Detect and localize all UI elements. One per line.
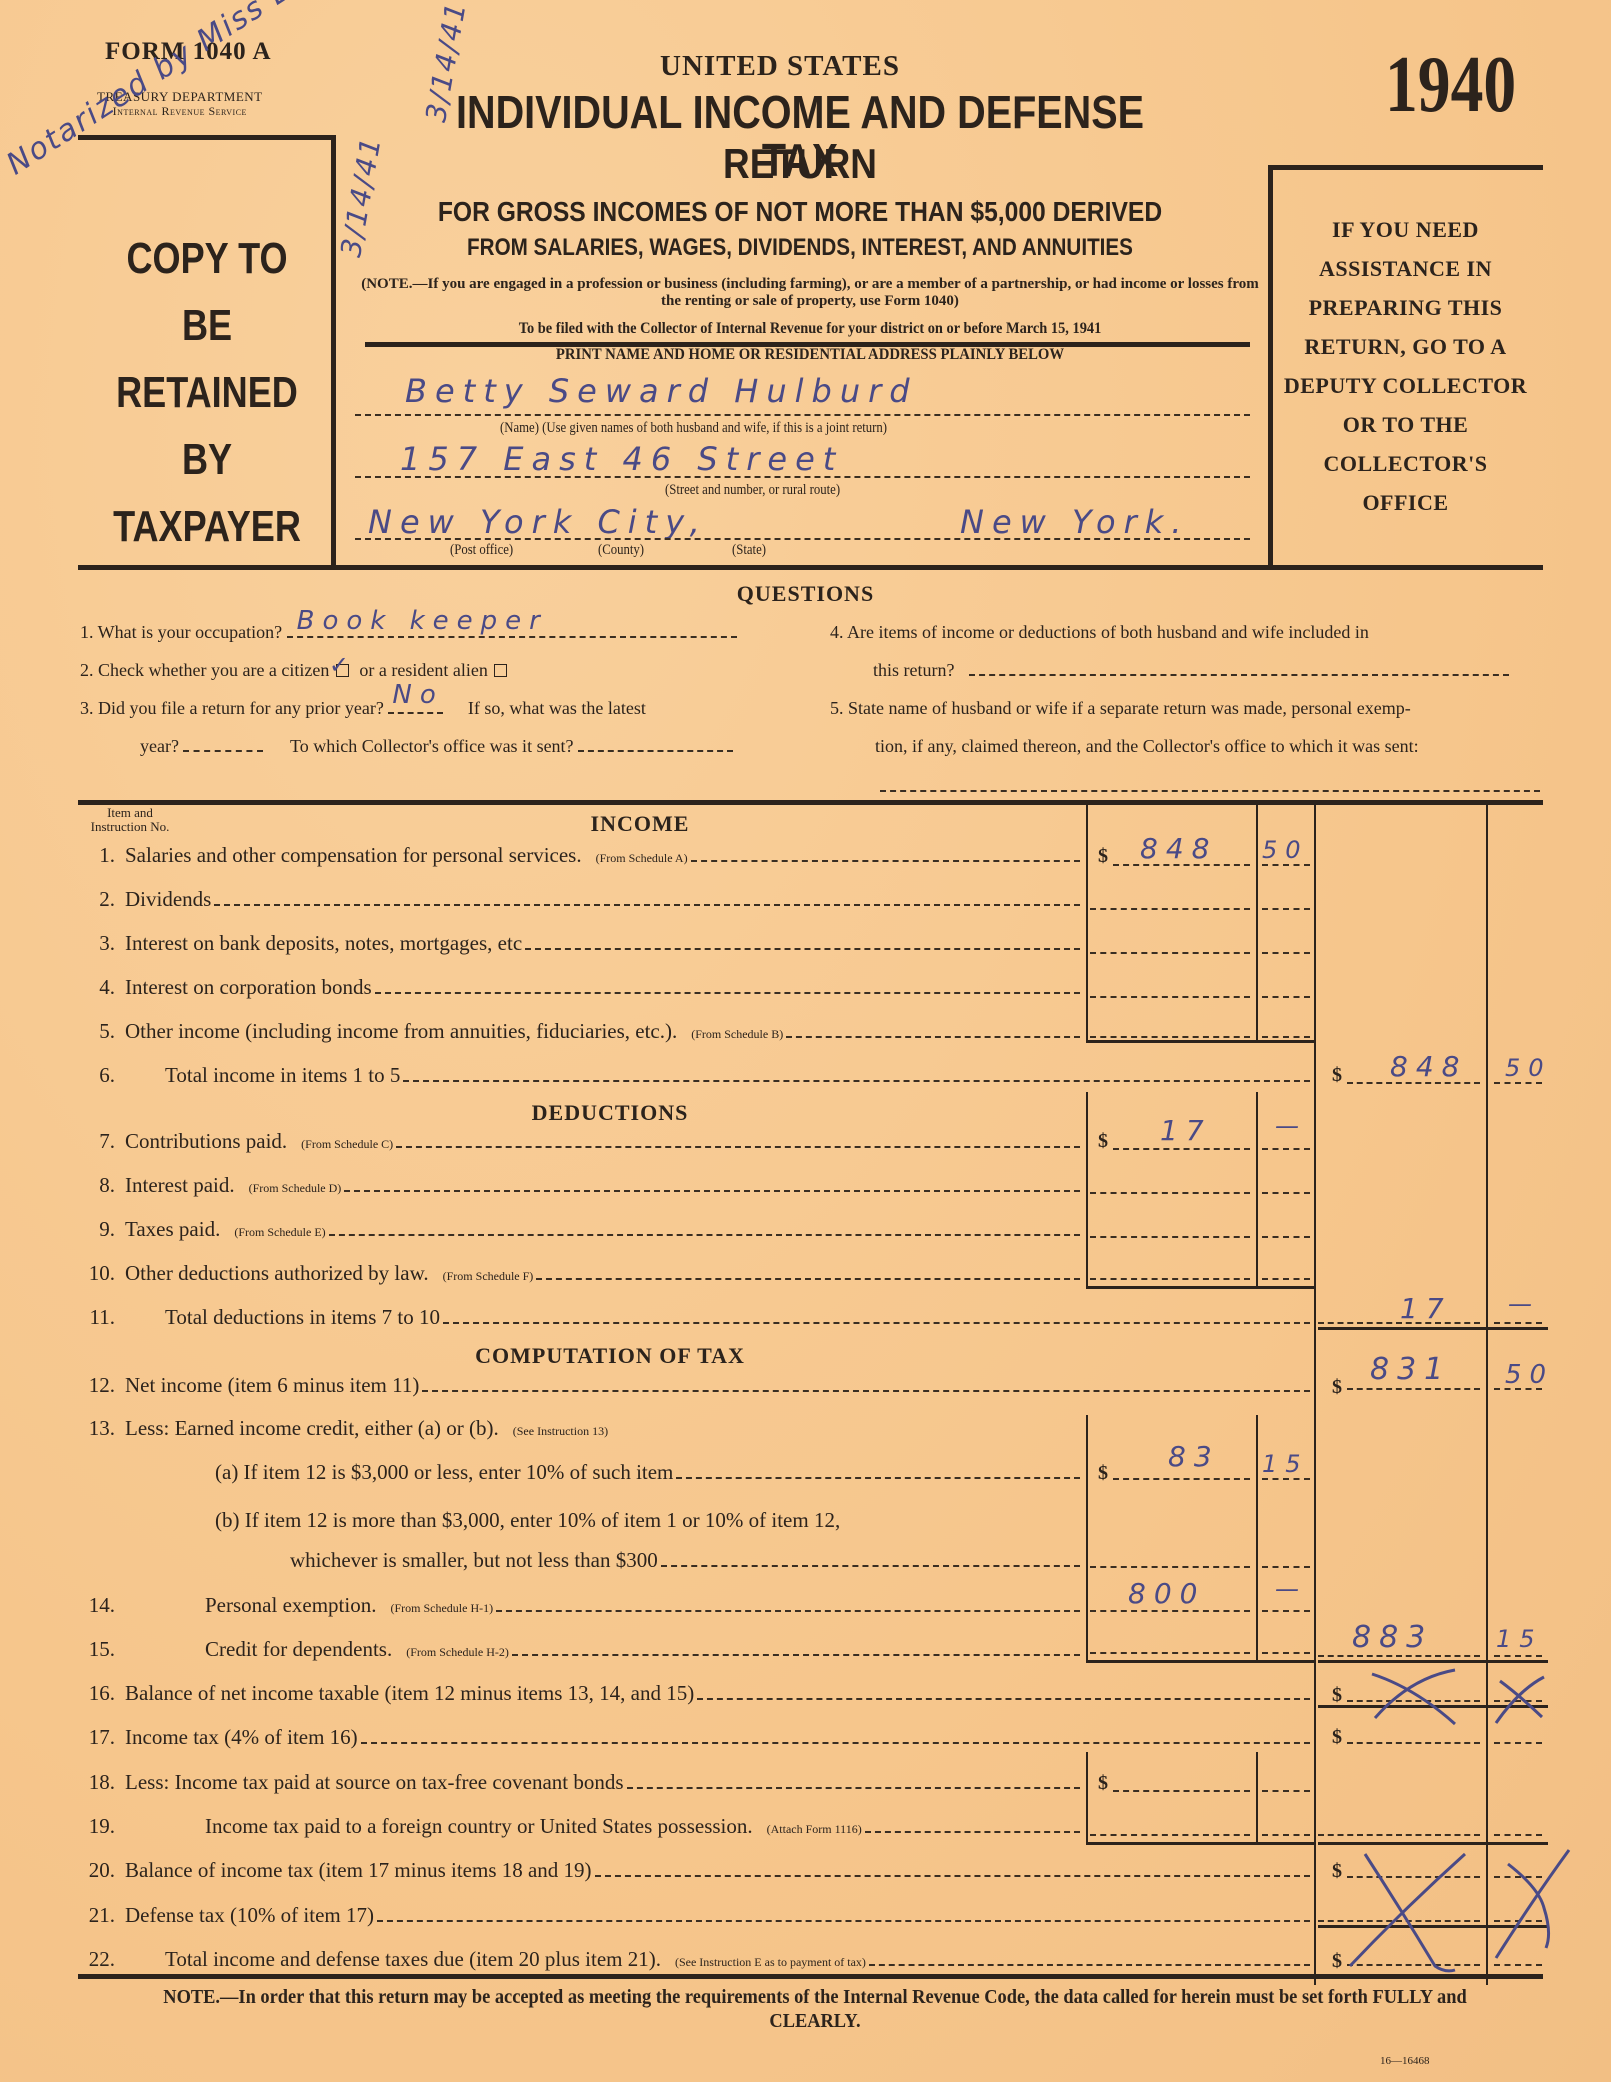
line-source: (From Schedule C) xyxy=(301,1137,393,1152)
line-label: Interest on bank deposits, notes, mortga… xyxy=(125,931,522,956)
line-6: 6.Total income in items 1 to 5 xyxy=(80,1063,1310,1088)
line-label: Balance of income tax (item 17 minus ite… xyxy=(125,1858,592,1883)
line-4: 4.Interest on corporation bonds xyxy=(80,975,1080,1000)
column-line xyxy=(1256,1092,1258,1287)
leader-dots xyxy=(422,1390,1310,1392)
leader-dots xyxy=(869,1964,1310,1966)
line-number: 15. xyxy=(80,1637,115,1662)
line-7-cents: — xyxy=(1275,1112,1307,1140)
line-19-total-field[interactable] xyxy=(1318,1834,1480,1836)
line-label: Personal exemption. xyxy=(205,1593,376,1618)
country-label: UNITED STATES xyxy=(660,50,900,83)
line-source: (From Schedule A) xyxy=(596,851,688,866)
tax-year: 1940 xyxy=(1385,40,1516,131)
line-10: 10.Other deductions authorized by law.(F… xyxy=(80,1261,1080,1286)
line-label: Salaries and other compensation for pers… xyxy=(125,843,582,868)
line-label: Credit for dependents. xyxy=(205,1637,392,1662)
line-label: Net income (item 6 minus item 11) xyxy=(125,1373,419,1398)
line-11-cents: — xyxy=(1508,1290,1540,1318)
city-line xyxy=(355,538,1250,540)
form-note: (NOTE.—If you are engaged in a professio… xyxy=(360,276,1260,310)
total-rule xyxy=(1318,1660,1548,1663)
leader-dots xyxy=(595,1875,1310,1877)
filing-deadline: To be filed with the Collector of Intern… xyxy=(405,320,1215,338)
help-notice: IF YOU NEED ASSISTANCE IN PREPARING THIS… xyxy=(1268,210,1543,522)
line-13a-cents: 15 xyxy=(1262,1450,1309,1478)
line-1-cents-field[interactable] xyxy=(1262,864,1310,866)
line-source: (From Schedule E) xyxy=(234,1225,325,1240)
check-mark-icon: ✓ xyxy=(329,651,357,679)
help-line: ASSISTANCE IN xyxy=(1268,249,1543,288)
occupation-value: Book keeper xyxy=(297,606,548,636)
line-19-amount-field[interactable] xyxy=(1090,1834,1250,1836)
leader-dots xyxy=(661,1565,1080,1567)
line-number: 13. xyxy=(80,1416,115,1441)
leader-dots xyxy=(443,1322,1310,1324)
line-label: (a) If item 12 is $3,000 or less, enter … xyxy=(215,1460,673,1485)
line-number: 7. xyxy=(80,1129,115,1154)
leader-dots xyxy=(403,1080,1310,1082)
leader-dots xyxy=(865,1831,1080,1833)
line-7-cents-field[interactable] xyxy=(1262,1148,1310,1150)
crossed-out-icon xyxy=(1345,1848,1475,1978)
line-3-amount-field[interactable] xyxy=(1090,952,1250,954)
separate-return-field[interactable] xyxy=(880,790,1540,792)
leader-dots xyxy=(377,1920,1310,1922)
line-19-cents-field[interactable] xyxy=(1262,1834,1310,1836)
line-13b-cents-field[interactable] xyxy=(1262,1566,1310,1568)
dollar-sign: $ xyxy=(1332,1064,1342,1087)
crossed-out-icon xyxy=(1370,1668,1460,1728)
line-14-cents-field[interactable] xyxy=(1262,1610,1310,1612)
dollar-sign: $ xyxy=(1098,1772,1108,1795)
total-rule xyxy=(1318,1842,1548,1845)
line-number: 5. xyxy=(80,1019,115,1044)
line-15-cents-field[interactable] xyxy=(1262,1652,1310,1654)
question-4-cont-label: this return? xyxy=(873,660,954,680)
line-label: Defense tax (10% of item 17) xyxy=(125,1903,374,1928)
column-line xyxy=(1314,805,1316,1985)
line-15-dollars: 883 xyxy=(1352,1620,1433,1655)
line-label: Other deductions authorized by law. xyxy=(125,1261,429,1286)
line-label: Total deductions in items 7 to 10 xyxy=(165,1305,440,1330)
line-number: 17. xyxy=(80,1725,115,1750)
office-label: To which Collector's office was it sent? xyxy=(290,736,574,756)
name-line xyxy=(355,414,1250,416)
column-line xyxy=(1086,805,1088,1040)
line-13b: (b) If item 12 is more than $3,000, ente… xyxy=(215,1508,1080,1533)
help-line: OFFICE xyxy=(1268,483,1543,522)
subtotal-rule xyxy=(1086,1286,1314,1289)
question-3: 3. Did you file a return for any prior y… xyxy=(80,698,646,719)
line-label: whichever is smaller, but not less than … xyxy=(290,1548,658,1573)
street-field[interactable]: 157 East 46 Street xyxy=(400,440,843,478)
dollar-sign: $ xyxy=(1332,1726,1342,1749)
subtotal-rule xyxy=(1086,1660,1314,1663)
line-number: 4. xyxy=(80,975,115,1000)
line-9-amount-field[interactable] xyxy=(1090,1236,1250,1238)
line-label: Taxes paid. xyxy=(125,1217,220,1242)
street-hint: (Street and number, or rural route) xyxy=(665,482,840,499)
line-13: 13.Less: Earned income credit, either (a… xyxy=(80,1416,1080,1441)
line-4-cents-field[interactable] xyxy=(1262,996,1310,998)
line-11-cents-field[interactable] xyxy=(1494,1322,1542,1324)
line-8-amount-field[interactable] xyxy=(1090,1192,1250,1194)
line-3: 3.Interest on bank deposits, notes, mort… xyxy=(80,931,1080,956)
leader-dots xyxy=(627,1787,1080,1789)
line-6-dollars: 848 xyxy=(1390,1050,1467,1083)
footer-note: NOTE.—In order that this return may be a… xyxy=(139,1985,1491,2033)
question-2-alt-label: or a resident alien xyxy=(359,660,487,680)
line-9-cents-field[interactable] xyxy=(1262,1236,1310,1238)
name-hint: (Name) (Use given names of both husband … xyxy=(500,420,887,437)
line-number: 14. xyxy=(80,1593,115,1618)
dollar-sign: $ xyxy=(1098,1462,1108,1485)
line-number: 3. xyxy=(80,931,115,956)
line-1: 1.Salaries and other compensation for pe… xyxy=(80,843,1080,868)
line-label: Interest on corporation bonds xyxy=(125,975,372,1000)
column-line xyxy=(1256,805,1258,1040)
line-12-dollars: 831 xyxy=(1370,1352,1451,1387)
leader-dots xyxy=(344,1190,1080,1192)
question-5: 5. State name of husband or wife if a se… xyxy=(830,698,1411,719)
subtotal-rule xyxy=(1086,1040,1314,1043)
line-5-amount-field[interactable] xyxy=(1090,1036,1250,1038)
line-number: 20. xyxy=(80,1858,115,1883)
line-label: Total income and defense taxes due (item… xyxy=(165,1947,661,1972)
line-15-cents: 15 xyxy=(1496,1625,1543,1653)
column-line xyxy=(1086,1092,1088,1287)
line-13b-cont: whichever is smaller, but not less than … xyxy=(290,1548,1080,1573)
item-header: Item and Instruction No. xyxy=(80,806,180,834)
line-17-cents-field[interactable] xyxy=(1494,1742,1542,1744)
line-7-dollars: 17 xyxy=(1160,1114,1212,1147)
line-label: Dividends xyxy=(125,887,211,912)
column-line xyxy=(1256,1752,1258,1842)
line-source: (From Schedule D) xyxy=(249,1181,342,1196)
section-rule xyxy=(78,800,1543,805)
line-7-amount-field[interactable] xyxy=(1113,1148,1250,1150)
line-source: (From Schedule H-1) xyxy=(390,1601,493,1616)
dollar-sign: $ xyxy=(1332,1684,1342,1707)
form-subtitle-1: FOR GROSS INCOMES OF NOT MORE THAN $5,00… xyxy=(404,196,1196,228)
line-14: 14.Personal exemption.(From Schedule H-1… xyxy=(80,1593,1080,1618)
line-16: 16.Balance of net income taxable (item 1… xyxy=(80,1681,1310,1706)
line-number: 11. xyxy=(80,1305,115,1330)
post-office-hint: (Post office) xyxy=(450,542,513,559)
copy-line: BY xyxy=(101,426,313,493)
income-title: INCOME xyxy=(500,811,780,837)
line-8-cents-field[interactable] xyxy=(1262,1192,1310,1194)
line-11-amount-field[interactable] xyxy=(1318,1322,1480,1324)
leader-dots xyxy=(536,1278,1080,1280)
line-14-dollars: 800 xyxy=(1128,1577,1205,1610)
line-label: Other income (including income from annu… xyxy=(125,1019,677,1044)
deductions-title: DEDUCTIONS xyxy=(460,1100,760,1126)
dollar-sign: $ xyxy=(1332,1950,1342,1973)
help-line: PREPARING THIS xyxy=(1268,288,1543,327)
latest-year-field[interactable] xyxy=(183,738,263,752)
question-5-cont: tion, if any, claimed thereon, and the C… xyxy=(875,736,1419,757)
question-3-tail: If so, what was the latest xyxy=(468,698,646,718)
total-rule xyxy=(1318,1327,1548,1330)
leader-dots xyxy=(676,1477,1080,1479)
line-14-cents: — xyxy=(1275,1575,1307,1603)
leader-dots xyxy=(396,1146,1080,1148)
county-hint: (County) xyxy=(598,542,644,559)
line-number: 19. xyxy=(80,1814,115,1839)
line-number: 6. xyxy=(80,1063,115,1088)
line-11-dollars: 17 xyxy=(1400,1292,1452,1325)
line-18-amount-field[interactable] xyxy=(1113,1790,1250,1792)
line-source: (See Instruction E as to payment of tax) xyxy=(675,1955,866,1970)
line-15: 15.Credit for dependents.(From Schedule … xyxy=(80,1637,1080,1662)
line-label: Less: Income tax paid at source on tax-f… xyxy=(125,1770,624,1795)
line-18: 18.Less: Income tax paid at source on ta… xyxy=(80,1770,1080,1795)
leader-dots xyxy=(525,948,1080,950)
question-3-cont: year? To which Collector's office was it… xyxy=(140,736,733,757)
line-17: 17.Income tax (4% of item 16) xyxy=(80,1725,1310,1750)
line-number: 18. xyxy=(80,1770,115,1795)
line-6-cents-field[interactable] xyxy=(1494,1082,1542,1084)
question-1-label: 1. What is your occupation? xyxy=(80,622,282,642)
state-field[interactable]: New York. xyxy=(960,503,1189,541)
question-4: 4. Are items of income or deductions of … xyxy=(830,622,1369,643)
line-number: 2. xyxy=(80,887,115,912)
line-15-total-cents-field[interactable] xyxy=(1494,1655,1542,1657)
line-13a-cents-field[interactable] xyxy=(1262,1478,1310,1480)
line-15-amount-field[interactable] xyxy=(1090,1652,1250,1654)
line-number: 12. xyxy=(80,1373,115,1398)
line-13b-amount-field[interactable] xyxy=(1090,1566,1250,1568)
line-number: 21. xyxy=(80,1903,115,1928)
line-10-amount-field[interactable] xyxy=(1090,1278,1250,1280)
line-label: Contributions paid. xyxy=(125,1129,287,1154)
leader-dots xyxy=(375,992,1080,994)
line-2: 2.Dividends xyxy=(80,887,1080,912)
dollar-sign: $ xyxy=(1332,1376,1342,1399)
office-field[interactable] xyxy=(578,738,733,752)
line-label: Interest paid. xyxy=(125,1173,235,1198)
line-label: (b) If item 12 is more than $3,000, ente… xyxy=(215,1508,840,1533)
address-instructions: PRINT NAME AND HOME OR RESIDENTIAL ADDRE… xyxy=(396,346,1224,364)
line-14-amount-field[interactable] xyxy=(1090,1610,1250,1612)
prior-year-field[interactable]: No xyxy=(388,700,443,714)
line-number: 8. xyxy=(80,1173,115,1198)
line-13a-dollars: 83 xyxy=(1168,1440,1220,1473)
line-8: 8.Interest paid.(From Schedule D) xyxy=(80,1173,1080,1198)
leader-dots xyxy=(496,1610,1080,1612)
line-20: 20.Balance of income tax (item 17 minus … xyxy=(80,1858,1310,1883)
line-15-total-field[interactable] xyxy=(1318,1655,1480,1657)
help-line: DEPUTY COLLECTOR xyxy=(1268,366,1543,405)
dollar-sign: $ xyxy=(1098,1130,1108,1153)
line-12-amount-field[interactable] xyxy=(1347,1388,1480,1390)
copy-line: TAXPAYER xyxy=(101,493,313,560)
line-1-dollars: 848 xyxy=(1140,832,1217,865)
line-2-amount-field[interactable] xyxy=(1090,908,1250,910)
line-19-total-cents-field[interactable] xyxy=(1494,1834,1542,1836)
question-2-label: 2. Check whether you are a citizen xyxy=(80,660,329,680)
line-7: 7.Contributions paid.(From Schedule C) xyxy=(80,1129,1080,1154)
column-line xyxy=(1256,1415,1258,1660)
line-label: Income tax paid to a foreign country or … xyxy=(205,1814,753,1839)
street-line xyxy=(355,476,1250,478)
section-rule xyxy=(78,565,1543,570)
question-4-cont: this return? xyxy=(873,660,1509,681)
help-line: COLLECTOR'S xyxy=(1268,444,1543,483)
line-label: Total income in items 1 to 5 xyxy=(165,1063,400,1088)
line-number: 1. xyxy=(80,843,115,868)
line-1-cents: 50 xyxy=(1262,836,1309,864)
crossed-out-icon xyxy=(1494,1848,1574,1968)
date-annotation-2: 3/14/41 xyxy=(334,134,388,260)
line-number: 10. xyxy=(80,1261,115,1286)
line-13a-amount-field[interactable] xyxy=(1113,1478,1250,1480)
line-5: 5.Other income (including income from an… xyxy=(80,1019,1080,1044)
form-subtitle-2: FROM SALARIES, WAGES, DIVIDENDS, INTERES… xyxy=(413,234,1187,262)
column-line xyxy=(1086,1752,1088,1842)
computation-title: COMPUTATION OF TAX xyxy=(420,1343,800,1369)
column-line xyxy=(1486,805,1488,1985)
line-source: (From Schedule F) xyxy=(443,1269,534,1284)
crossed-out-icon xyxy=(1494,1675,1546,1725)
help-line: OR TO THE xyxy=(1268,405,1543,444)
city-field[interactable]: New York City, xyxy=(368,503,708,541)
subtotal-rule xyxy=(1086,1842,1314,1845)
help-line: RETURN, GO TO A xyxy=(1268,327,1543,366)
line-source: (Attach Form 1116) xyxy=(767,1822,862,1837)
line-10-cents-field[interactable] xyxy=(1262,1278,1310,1280)
line-label: Less: Earned income credit, either (a) o… xyxy=(125,1416,499,1441)
line-12-cents: 50 xyxy=(1505,1360,1554,1390)
latest-year-label: year? xyxy=(140,736,179,756)
line-2-cents-field[interactable] xyxy=(1262,908,1310,910)
line-18-cents-field[interactable] xyxy=(1262,1790,1310,1792)
copy-line: COPY TO BE xyxy=(101,225,313,359)
question-2: 2. Check whether you are a citizen ✓ or … xyxy=(80,660,507,681)
column-line xyxy=(1086,1415,1088,1660)
leader-dots xyxy=(697,1698,1310,1700)
dollar-sign: $ xyxy=(1332,1860,1342,1883)
state-hint: (State) xyxy=(732,542,766,559)
name-field[interactable]: Betty Seward Hulburd xyxy=(405,372,918,410)
line-22: 22.Total income and defense taxes due (i… xyxy=(80,1947,1310,1972)
line-number: 22. xyxy=(80,1947,115,1972)
leader-dots xyxy=(361,1742,1310,1744)
line-4-amount-field[interactable] xyxy=(1090,996,1250,998)
line-6-cents: 50 xyxy=(1505,1054,1552,1082)
line-17-amount-field[interactable] xyxy=(1347,1742,1480,1744)
line-source: (See Instruction 13) xyxy=(513,1424,608,1439)
copy-notice: COPY TO BE RETAINED BY TAXPAYER xyxy=(101,225,313,560)
resident-alien-checkbox[interactable] xyxy=(494,664,507,677)
line-source: (From Schedule B) xyxy=(691,1027,783,1042)
leader-dots xyxy=(512,1654,1080,1656)
question-1: 1. What is your occupation? Book keeper xyxy=(80,622,737,643)
questions-title: QUESTIONS xyxy=(0,581,1611,607)
copy-line: RETAINED xyxy=(101,359,313,426)
leader-dots xyxy=(214,904,1080,906)
line-13a: (a) If item 12 is $3,000 or less, enter … xyxy=(215,1460,1080,1485)
line-3-cents-field[interactable] xyxy=(1262,952,1310,954)
line-label: Income tax (4% of item 16) xyxy=(125,1725,358,1750)
line-9: 9.Taxes paid.(From Schedule E) xyxy=(80,1217,1080,1242)
leader-dots xyxy=(329,1234,1080,1236)
form-title-return: RETURN xyxy=(404,140,1196,188)
question-3-label: 3. Did you file a return for any prior y… xyxy=(80,698,384,718)
help-line: IF YOU NEED xyxy=(1268,210,1543,249)
line-label: Balance of net income taxable (item 12 m… xyxy=(125,1681,694,1706)
husband-wife-field[interactable] xyxy=(969,662,1509,676)
leader-dots xyxy=(691,860,1080,862)
citizen-checkbox[interactable]: ✓ xyxy=(336,664,349,677)
line-number: 9. xyxy=(80,1217,115,1242)
line-5-cents-field[interactable] xyxy=(1262,1036,1310,1038)
footer-rule xyxy=(78,1974,1543,1979)
line-11: 11.Total deductions in items 7 to 10 xyxy=(80,1305,1310,1330)
line-source: (From Schedule H-2) xyxy=(406,1645,509,1660)
line-number: 16. xyxy=(80,1681,115,1706)
line-19: 19.Income tax paid to a foreign country … xyxy=(80,1814,1080,1839)
line-21: 21.Defense tax (10% of item 17) xyxy=(80,1903,1310,1928)
leader-dots xyxy=(786,1036,1080,1038)
form-code: 16—16468 xyxy=(1380,2055,1430,2067)
line-12: 12.Net income (item 6 minus item 11) xyxy=(80,1373,1310,1398)
dollar-sign: $ xyxy=(1098,845,1108,868)
occupation-field[interactable]: Book keeper xyxy=(287,624,737,638)
prior-year-value: No xyxy=(392,680,443,710)
